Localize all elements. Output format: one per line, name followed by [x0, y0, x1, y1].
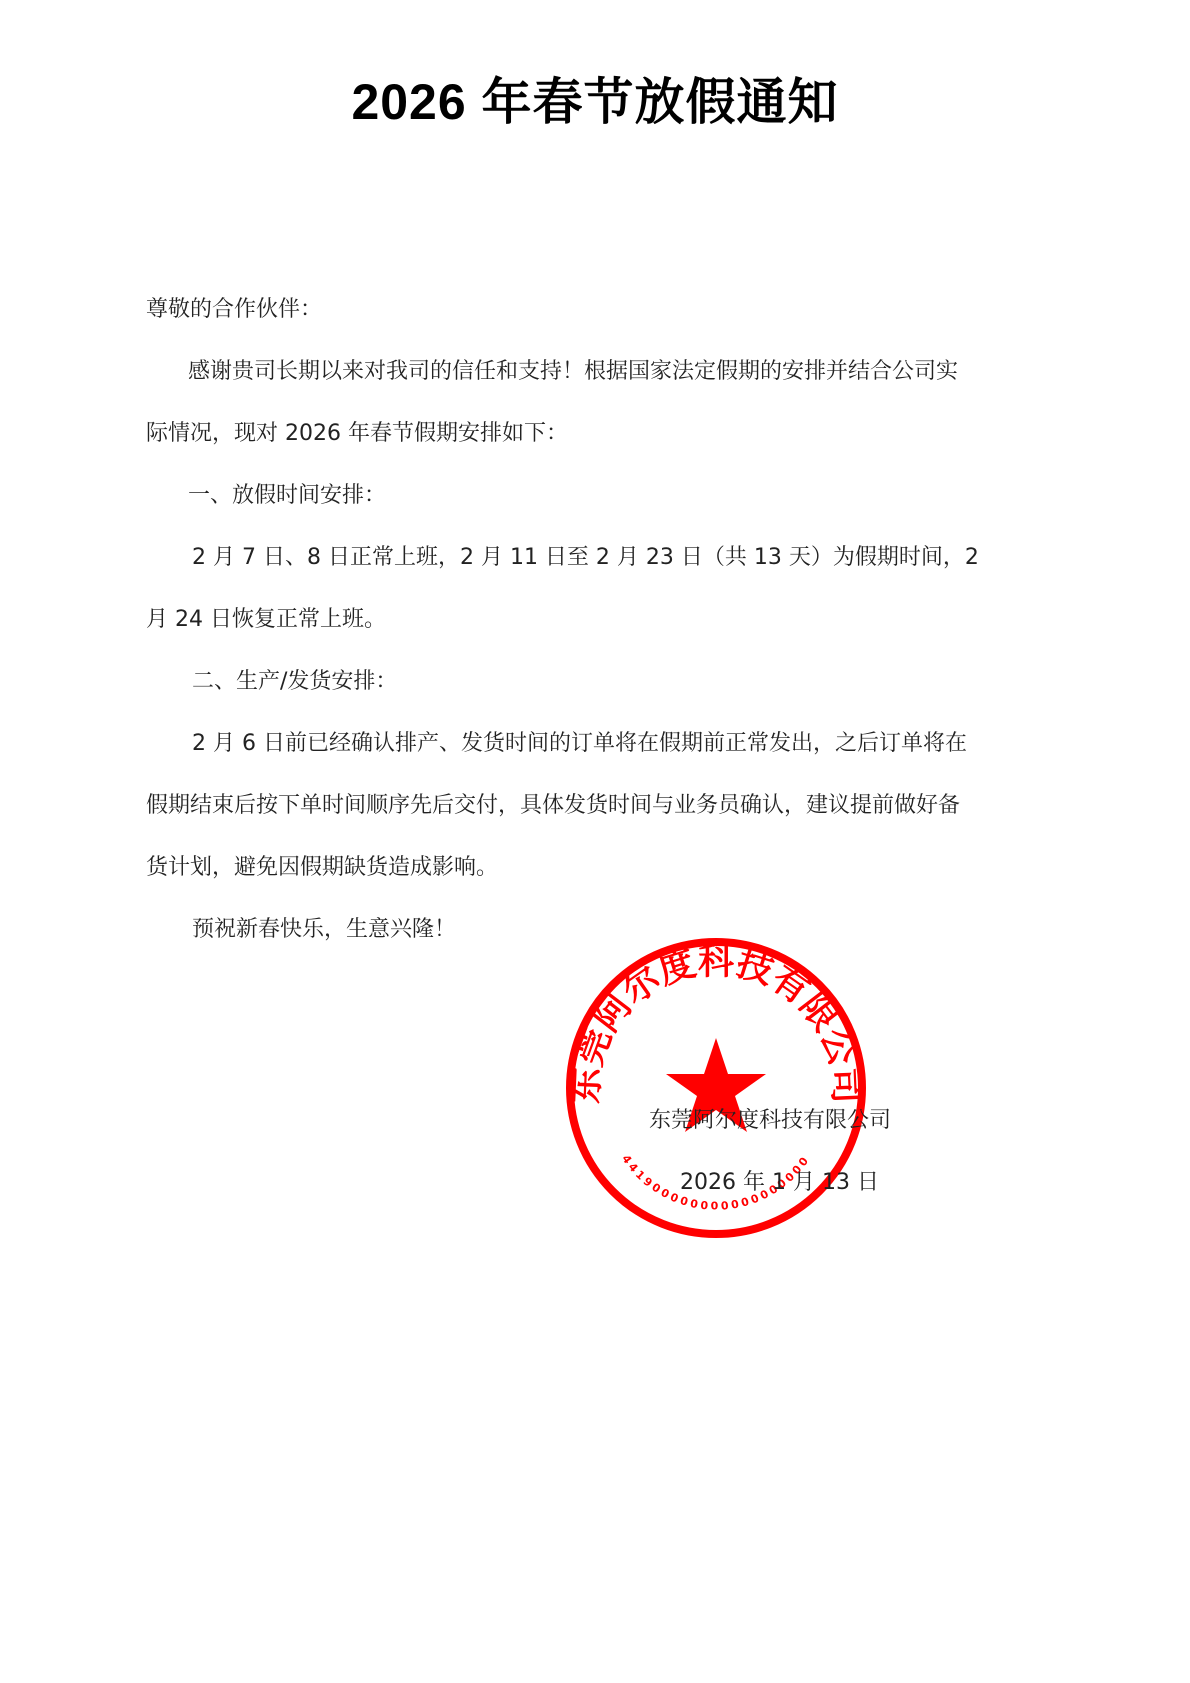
intro-paragraph-line-1: 感谢贵司长期以来对我司的信任和支持！根据国家法定假期的安排并结合公司实 — [188, 357, 1078, 387]
salutation: 尊敬的合作伙伴： — [146, 295, 1036, 325]
signature-date: 2026 年 1 月 13 日 — [680, 1168, 879, 1198]
section-2-line-3: 货计划，避免因假期缺货造成影响。 — [146, 853, 1036, 883]
signature-company: 东莞阿尔度科技有限公司 — [649, 1106, 891, 1136]
notice-title: 2026 年春节放假通知 — [0, 62, 1190, 134]
section-2-heading: 二、生产/发货安排： — [192, 667, 1082, 697]
section-2-line-1: 2 月 6 日前已经确认排产、发货时间的订单将在假期前正常发出，之后订单将在 — [192, 729, 1082, 759]
section-1-heading: 一、放假时间安排： — [188, 481, 1078, 511]
section-2-line-2: 假期结束后按下单时间顺序先后交付，具体发货时间与业务员确认，建议提前做好备 — [146, 791, 1036, 821]
section-1-line-1: 2 月 7 日、8 日正常上班，2 月 11 日至 2 月 23 日（共 13 … — [192, 543, 1082, 573]
section-1-line-2: 月 24 日恢复正常上班。 — [146, 605, 1036, 635]
intro-paragraph-line-2: 际情况，现对 2026 年春节假期安排如下： — [146, 419, 1036, 449]
